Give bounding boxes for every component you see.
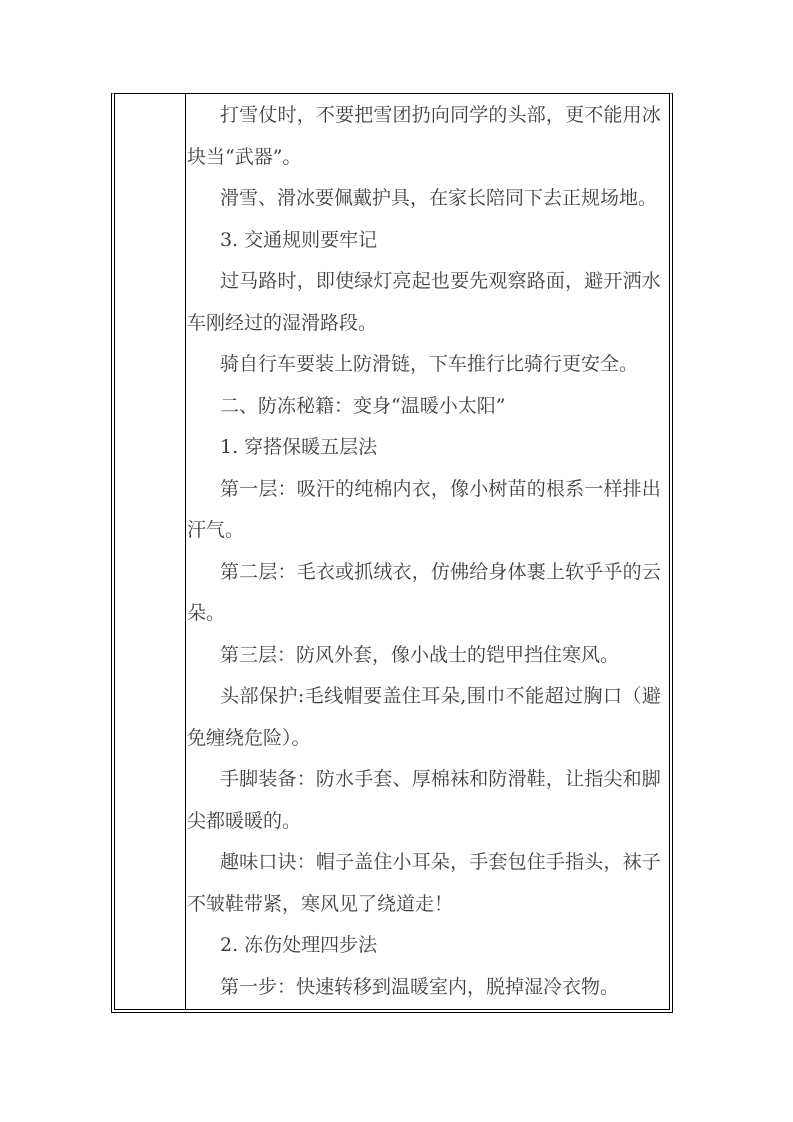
text-line: 第一层：吸汗的纯棉内衣，像小树苗的根系一样排出 — [187, 469, 661, 511]
text-line: 第三层：防风外套，像小战士的铠甲挡住寒风。 — [187, 635, 661, 677]
text-line: 免缠绕危险）。 — [187, 718, 661, 760]
text-line: 骑自行车要装上防滑链，下车推行比骑行更安全。 — [187, 344, 661, 386]
text-line: 车刚经过的湿滑路段。 — [187, 303, 661, 345]
table-content-cell: 打雪仗时，不要把雪团扔向同学的头部，更不能用冰块当“武器”。滑雪、滑冰要佩戴护具… — [186, 94, 669, 1009]
text-line: 打雪仗时，不要把雪团扔向同学的头部，更不能用冰 — [187, 95, 661, 137]
document-page: 打雪仗时，不要把雪团扔向同学的头部，更不能用冰块当“武器”。滑雪、滑冰要佩戴护具… — [0, 0, 793, 1122]
text-line: 第二层：毛衣或抓绒衣，仿佛给身体裹上软乎乎的云 — [187, 552, 661, 594]
text-line: 头部保护:毛线帽要盖住耳朵,围巾不能超过胸口（避 — [187, 676, 661, 718]
text-line: 第一步：快速转移到温暖室内，脱掉湿冷衣物。 — [187, 967, 661, 1009]
text-line: 块当“武器”。 — [187, 137, 661, 179]
text-line: 过马路时，即使绿灯亮起也要先观察路面，避开洒水 — [187, 261, 661, 303]
text-line: 滑雪、滑冰要佩戴护具，在家长陪同下去正规场地。 — [187, 178, 661, 220]
text-line: 二、防冻秘籍：变身“温暖小太阳” — [187, 386, 661, 428]
text-line: 1. 穿搭保暖五层法 — [187, 427, 661, 469]
text-line: 趣味口诀：帽子盖住小耳朵，手套包住手指头，袜子 — [187, 842, 661, 884]
text-line: 不皱鞋带紧，寒风见了绕道走！ — [187, 884, 661, 926]
text-line: 3. 交通规则要牢记 — [187, 220, 661, 262]
text-line: 朵。 — [187, 593, 661, 635]
text-line: 2. 冻伤处理四步法 — [187, 925, 661, 967]
table-left-column — [115, 94, 186, 1009]
content-table: 打雪仗时，不要把雪团扔向同学的头部，更不能用冰块当“武器”。滑雪、滑冰要佩戴护具… — [111, 93, 673, 1013]
text-line: 汗气。 — [187, 510, 661, 552]
text-line: 尖都暖暖的。 — [187, 801, 661, 843]
text-line: 手脚装备：防水手套、厚棉袜和防滑鞋，让指尖和脚 — [187, 759, 661, 801]
